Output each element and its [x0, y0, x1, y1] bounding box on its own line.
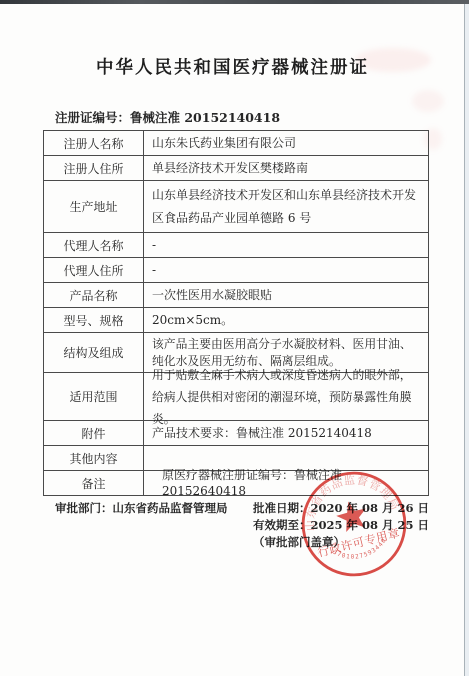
- approval-department: 审批部门：山东省药品监督管理局: [55, 500, 228, 516]
- row-label: 适用范围: [44, 373, 144, 420]
- cert-number-line: 注册证编号：鲁械注准 20152140418: [55, 108, 280, 126]
- row-label: 产品名称: [44, 283, 144, 307]
- certificate-table: 注册人名称 山东朱氏药业集团有限公司 注册人住所 单县经济技术开发区樊楼路南 生…: [43, 130, 429, 496]
- row-label: 代理人名称: [44, 233, 144, 257]
- row-label: 型号、规格: [44, 308, 144, 332]
- row-label: 生产地址: [44, 181, 144, 232]
- row-label: 代理人住所: [44, 258, 144, 282]
- table-row: 适用范围 用于贴敷全麻手术病人或深度昏迷病人的眼外部，给病人提供相对密闭的潮湿环…: [44, 373, 428, 421]
- table-row: 生产地址 山东单县经济技术开发区和山东单县经济技术开发区食品药品产业园单德路 6…: [44, 181, 428, 233]
- row-label: 附件: [44, 421, 144, 445]
- table-row: 附件 产品技术要求：鲁械注准 20152140418: [44, 421, 428, 446]
- row-value: 20cm×5cm。: [144, 308, 428, 332]
- table-row: 注册人名称 山东朱氏药业集团有限公司: [44, 131, 428, 156]
- row-value: -: [144, 233, 428, 257]
- row-label: 注册人住所: [44, 156, 144, 180]
- certificate-page: 中华人民共和国医疗器械注册证 注册证编号：鲁械注准 20152140418 注册…: [0, 0, 469, 676]
- page-title: 中华人民共和国医疗器械注册证: [0, 54, 465, 79]
- row-label: 备注: [44, 471, 144, 495]
- scan-top-edge: [0, 0, 469, 4]
- stamp-bleed-mark: [412, 90, 444, 112]
- row-label: 结构及组成: [44, 333, 144, 372]
- row-label: 注册人名称: [44, 131, 144, 155]
- scan-right-edge-line: [464, 4, 465, 676]
- scan-right-edge-shade: [465, 4, 469, 676]
- row-value: 山东朱氏药业集团有限公司: [144, 131, 428, 155]
- row-label: 其他内容: [44, 446, 144, 470]
- table-row: 型号、规格 20cm×5cm。: [44, 308, 428, 333]
- row-value: 产品技术要求：鲁械注准 20152140418: [144, 421, 428, 445]
- table-row: 代理人名称 -: [44, 233, 428, 258]
- row-value: 单县经济技术开发区樊楼路南: [144, 156, 428, 180]
- row-value: 山东单县经济技术开发区和山东单县经济技术开发区食品药品产业园单德路 6 号: [144, 181, 428, 232]
- table-row: 代理人住所 -: [44, 258, 428, 283]
- seal-star-icon: [334, 498, 371, 534]
- row-value: -: [144, 258, 428, 282]
- table-row: 注册人住所 单县经济技术开发区樊楼路南: [44, 156, 428, 181]
- row-value: 一次性医用水凝胶眼贴: [144, 283, 428, 307]
- table-row: 产品名称 一次性医用水凝胶眼贴: [44, 283, 428, 308]
- row-value: 用于贴敷全麻手术病人或深度昏迷病人的眼外部，给病人提供相对密闭的潮湿环境，预防暴…: [144, 373, 428, 420]
